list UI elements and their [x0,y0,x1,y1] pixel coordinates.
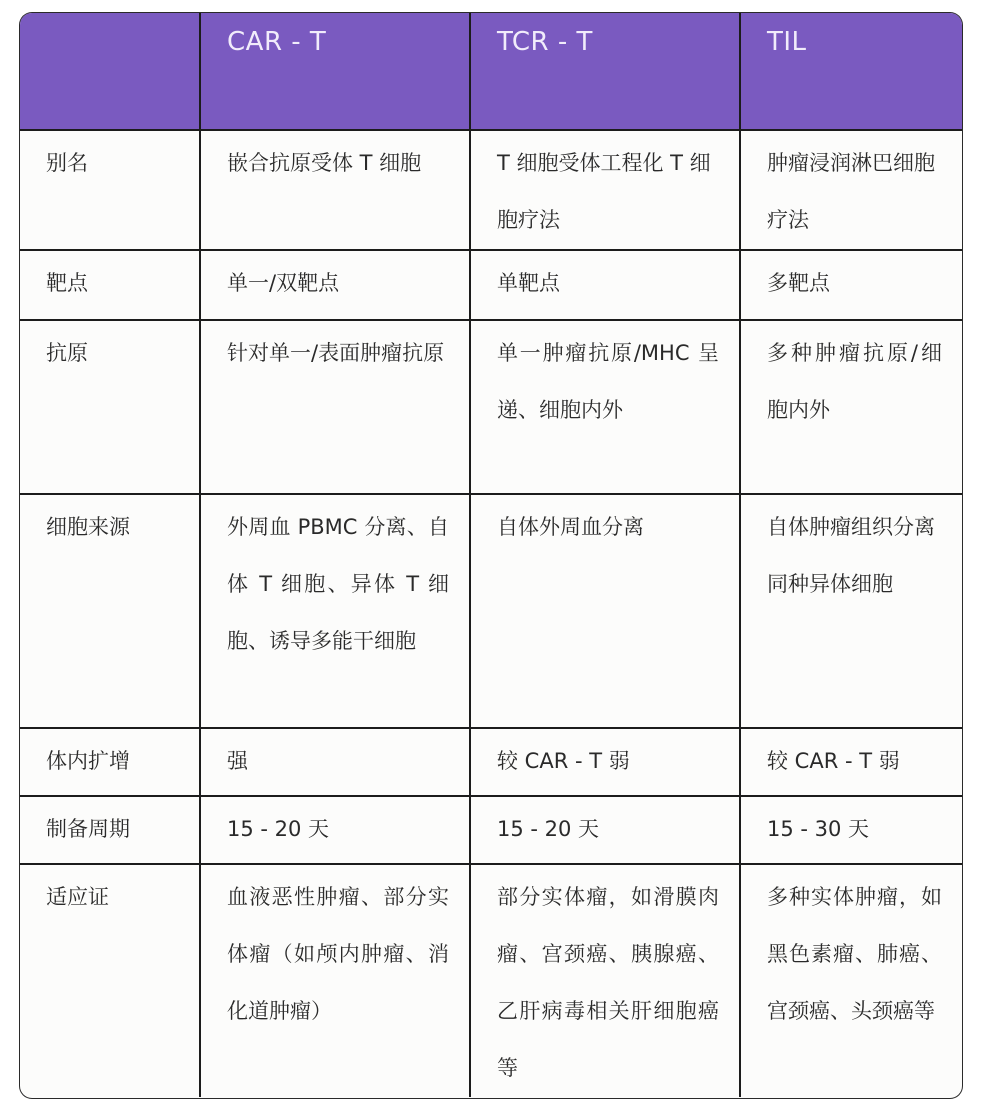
row-label: 别名 [20,130,200,250]
row-label: 适应证 [20,864,200,1097]
cell-til: 多靶点 [740,250,962,320]
header-tcr-t: TCR - T [470,13,740,130]
cell-tcr-t: 自体外周血分离 [470,494,740,728]
cell-car-t: 血液恶性肿瘤、部分实体瘤（如颅内肿瘤、消化道肿瘤） [200,864,470,1097]
table-row-indications: 适应证 血液恶性肿瘤、部分实体瘤（如颅内肿瘤、消化道肿瘤） 部分实体瘤，如滑膜肉… [20,864,962,1097]
row-label: 体内扩增 [20,728,200,796]
table-row-cell-source: 细胞来源 外周血 PBMC 分离、自体 T 细胞、异体 T 细胞、诱导多能干细胞… [20,494,962,728]
cell-tcr-t: T 细胞受体工程化 T 细胞疗法 [470,130,740,250]
cell-til: 多种实体肿瘤，如黑色素瘤、肺癌、宫颈癌、头颈癌等 [740,864,962,1097]
header-car-t: CAR - T [200,13,470,130]
table-header: CAR - T TCR - T TIL [20,13,962,130]
cell-tcr-t: 15 - 20 天 [470,796,740,864]
cell-tcr-t: 较 CAR - T 弱 [470,728,740,796]
row-label: 细胞来源 [20,494,200,728]
cell-car-t: 嵌合抗原受体 T 细胞 [200,130,470,250]
header-row: CAR - T TCR - T TIL [20,13,962,130]
row-label: 靶点 [20,250,200,320]
cell-car-t: 强 [200,728,470,796]
cell-tcr-t: 单一肿瘤抗原/MHC 呈递、细胞内外 [470,320,740,494]
table-body: 别名 嵌合抗原受体 T 细胞 T 细胞受体工程化 T 细胞疗法 肿瘤浸润淋巴细胞… [20,130,962,1097]
row-label: 抗原 [20,320,200,494]
cell-til: 15 - 30 天 [740,796,962,864]
table-row-alias: 别名 嵌合抗原受体 T 细胞 T 细胞受体工程化 T 细胞疗法 肿瘤浸润淋巴细胞… [20,130,962,250]
cell-til: 自体肿瘤组织分离同种异体细胞 [740,494,962,728]
comparison-table-card: CAR - T TCR - T TIL 别名 嵌合抗原受体 T 细胞 T 细胞受… [20,13,962,1098]
cell-til: 多种肿瘤抗原/细胞内外 [740,320,962,494]
cell-car-t: 单一/双靶点 [200,250,470,320]
cell-car-t: 针对单一/表面肿瘤抗原 [200,320,470,494]
cell-therapy-comparison-table: CAR - T TCR - T TIL 别名 嵌合抗原受体 T 细胞 T 细胞受… [20,13,962,1097]
cell-tcr-t: 单靶点 [470,250,740,320]
cell-car-t: 外周血 PBMC 分离、自体 T 细胞、异体 T 细胞、诱导多能干细胞 [200,494,470,728]
table-row-antigen: 抗原 针对单一/表面肿瘤抗原 单一肿瘤抗原/MHC 呈递、细胞内外 多种肿瘤抗原… [20,320,962,494]
table-row-in-vivo-expansion: 体内扩增 强 较 CAR - T 弱 较 CAR - T 弱 [20,728,962,796]
table-row-prep-cycle: 制备周期 15 - 20 天 15 - 20 天 15 - 30 天 [20,796,962,864]
cell-tcr-t: 部分实体瘤，如滑膜肉瘤、宫颈癌、胰腺癌、乙肝病毒相关肝细胞癌等 [470,864,740,1097]
cell-til: 较 CAR - T 弱 [740,728,962,796]
cell-til: 肿瘤浸润淋巴细胞疗法 [740,130,962,250]
row-label: 制备周期 [20,796,200,864]
header-corner [20,13,200,130]
table-row-target: 靶点 单一/双靶点 单靶点 多靶点 [20,250,962,320]
header-til: TIL [740,13,962,130]
cell-car-t: 15 - 20 天 [200,796,470,864]
